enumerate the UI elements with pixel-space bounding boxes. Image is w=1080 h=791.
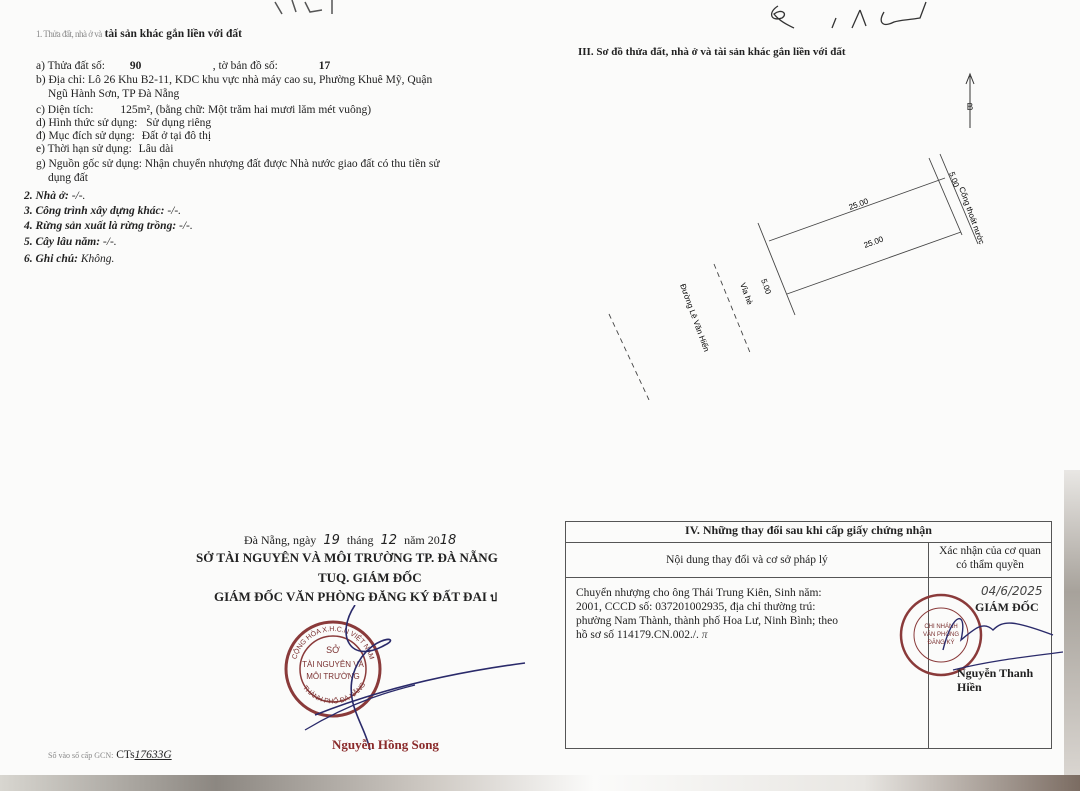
signing-day: 19	[323, 533, 340, 548]
column-header-confirmation: Xác nhận của cơ quan có thẩm quyền	[929, 543, 1052, 578]
area-row: c) Diện tích: 125m², (bằng chữ: Một trăm…	[36, 103, 371, 117]
svg-text:25.00: 25.00	[848, 196, 870, 211]
handwriting-mark	[760, 0, 940, 36]
svg-text:Đường Lê Văn Hiến: Đường Lê Văn Hiến	[678, 283, 711, 353]
svg-text:Cống thoát nước: Cống thoát nước	[957, 186, 986, 246]
signer-role-1: TUQ. GIÁM ĐỐC	[318, 570, 422, 586]
confirmation-signer: Nguyễn Thanh Hiền	[957, 666, 1051, 694]
scan-background-edge	[0, 775, 1080, 791]
signing-year: 18	[440, 533, 457, 548]
change-content-line: phường Nam Thành, thành phố Hoa Lư, Ninh…	[576, 614, 920, 628]
serial-number: Số vào sổ cấp GCN: CTs17633G	[48, 748, 172, 763]
scan-background-edge	[1064, 470, 1080, 775]
official-stamp-left: SỞ TÀI NGUYÊN VÀ MÔI TRƯỜNG CỘNG HÒA X.H…	[275, 605, 535, 755]
svg-text:ĐĂNG KÝ: ĐĂNG KÝ	[927, 639, 954, 646]
land-plot-diagram: B 25.00 25.00 5.00 5.00 Cống thoát nước …	[560, 60, 1060, 400]
svg-text:5.00: 5.00	[759, 278, 773, 296]
item-notes: 6. Ghi chú: Không.	[24, 252, 114, 266]
change-content-line: hồ sơ số 114179.CN.002./. π	[576, 628, 920, 642]
item-house: 2. Nhà ở: -/-.	[24, 189, 85, 203]
issuing-organization: SỞ TÀI NGUYÊN VÀ MÔI TRƯỜNG TP. ĐÀ NẴNG	[196, 550, 498, 566]
item-planted-forest: 4. Rừng sản xuất là rừng trồng: -/-.	[24, 219, 193, 233]
signing-month: 12	[381, 533, 398, 548]
parcel-number-row: a) Thửa đất số: 90 , tờ bản đồ số: 17	[36, 59, 330, 73]
diagram-title: III. Sơ đồ thửa đất, nhà ở và tài sản kh…	[578, 46, 846, 58]
svg-text:THÀNH PHỐ ĐÀ NẴNG: THÀNH PHỐ ĐÀ NẴNG	[301, 681, 367, 705]
signer-name-left: Nguyễn Hồng Song	[332, 737, 439, 753]
address-line-1: b) Địa chỉ: Lô 26 Khu B2-11, KDC khu vực…	[36, 73, 432, 87]
map-sheet-number: 17	[319, 60, 331, 72]
usage-term-row: e) Thời hạn sử dụng: Lâu dài	[36, 142, 173, 156]
svg-text:VĂN PHÒNG: VĂN PHÒNG	[923, 631, 959, 638]
change-content-cell: Chuyển nhượng cho ông Thái Trung Kiên, S…	[566, 578, 929, 749]
svg-text:B: B	[967, 102, 974, 113]
svg-text:5.00: 5.00	[947, 171, 961, 189]
north-arrow-icon: B	[966, 74, 974, 128]
handwriting-mark	[270, 0, 350, 16]
section-header: 1. Thửa đất, nhà ở và tài sản khác gắn l…	[36, 27, 242, 41]
signing-date: Đà Nẵng, ngày 19 tháng 12 năm 2018	[244, 533, 456, 548]
item-other-construction: 3. Công trình xây dựng khác: -/-.	[24, 204, 181, 218]
area-value: 125m², (bằng chữ: Một trăm hai mươi lăm …	[120, 104, 371, 116]
usage-form-row: d) Hình thức sử dụng: Sử dụng riêng	[36, 116, 211, 130]
column-header-content: Nội dung thay đổi và cơ sở pháp lý	[566, 543, 929, 578]
change-content-line: Chuyển nhượng cho ông Thái Trung Kiên, S…	[576, 586, 920, 600]
usage-purpose-row: đ) Mục đích sử dụng: Đất ở tại đô thị	[36, 129, 211, 143]
changes-table-title: IV. Những thay đổi sau khi cấp giấy chứn…	[566, 522, 1052, 543]
initials-mark: π	[702, 629, 708, 641]
svg-text:25.00: 25.00	[863, 234, 885, 249]
parcel-number: 90	[130, 59, 210, 73]
change-content-line: 2001, CCCD số: 037201002935, địa chỉ thư…	[576, 600, 920, 614]
address-line-2: Ngũ Hành Sơn, TP Đà Nẵng	[48, 87, 179, 101]
origin-line-1: g) Nguồn gốc sử dụng: Nhận chuyển nhượng…	[36, 157, 440, 171]
signature-mark-icon: ป	[490, 592, 497, 604]
item-perennial-trees: 5. Cây lâu năm: -/-.	[24, 235, 117, 249]
changes-table: IV. Những thay đổi sau khi cấp giấy chứn…	[565, 521, 1052, 749]
signer-role-2: GIÁM ĐỐC VĂN PHÒNG ĐĂNG KÝ ĐẤT ĐAI ป	[214, 588, 497, 606]
origin-line-2: dụng đất	[48, 171, 88, 185]
svg-text:Vỉa hè: Vỉa hè	[738, 282, 754, 307]
confirmation-cell: 04/6/2025 GIÁM ĐỐC CHI NHÁNH VĂN PHÒNG Đ…	[929, 578, 1052, 749]
svg-text:SỞ: SỞ	[326, 644, 340, 655]
